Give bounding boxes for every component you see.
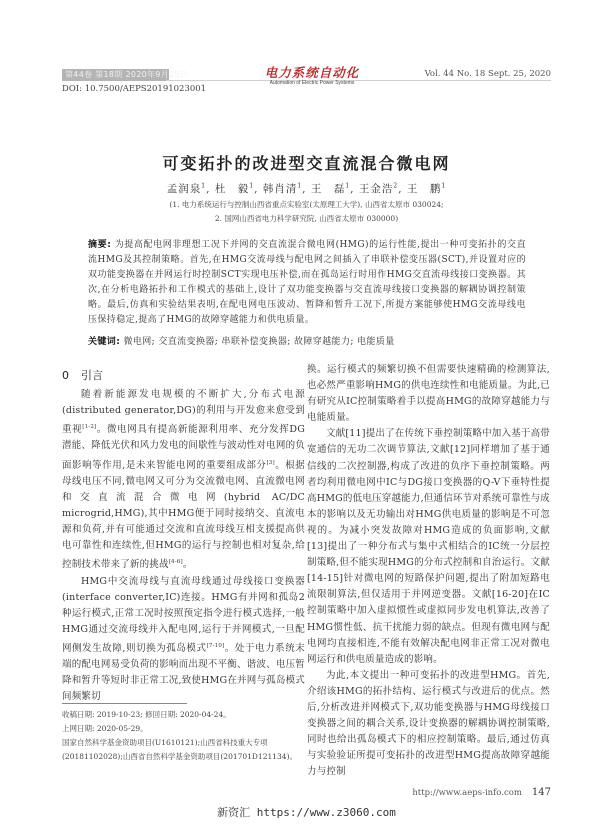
- abstract: 摘要: 为提高配电网非理想工况下并网的交直流混合微电网(HMG)的运行性能,提出…: [88, 238, 526, 328]
- journal-url[interactable]: http://www.aeps-info.com: [412, 788, 522, 798]
- section-number: 0: [62, 369, 69, 382]
- author: 王 磊1: [311, 183, 350, 195]
- online-date: 上网日期: 2020-05-29。: [62, 722, 305, 736]
- citation[interactable]: [1-2]: [82, 424, 96, 430]
- author-list: 孟润泉1, 杜 毅1, 韩肖清1, 王 磊1, 王金浩2, 王 鹏1: [0, 181, 613, 196]
- funding: 国家自然科学基金资助项目(U1610121);山西省科技重大专项(2018110…: [62, 736, 305, 764]
- keywords-text: 微电网; 交直流变换器; 串联补偿变换器; 故障穿越能力; 电能质量: [123, 337, 394, 347]
- paragraph: 为此,本文提出一种可变拓扑的改进型HMG。首先,介绍该HMG的拓扑结构、运行模式…: [307, 668, 550, 781]
- footnotes: 收稿日期: 2019-10-23; 修回日期: 2020-04-24。 上网日期…: [62, 708, 305, 764]
- page-number: 147: [532, 787, 551, 798]
- paragraph: 随着新能源发电规模的不断扩大,分布式电源(distributed generat…: [62, 387, 305, 574]
- watermark: 新资汇 https://www.z3060.com: [0, 804, 613, 820]
- section-heading: 0引言: [62, 367, 115, 383]
- paragraph: 文献[11]提出了在传统下垂控制策略中加入基于高带宽通信的无功二次调节算法,文献…: [307, 426, 550, 667]
- paragraph: HMG中交流母线与直流母线通过母线接口变换器(interface convert…: [62, 574, 305, 706]
- paper-title: 可变拓扑的改进型交直流混合微电网: [0, 151, 613, 174]
- affiliation-2: 2. 国网山西省电力科学研究院, 山西省太原市 030000): [0, 213, 613, 224]
- journal-title-en: Automation of Electric Power Systems: [262, 80, 362, 87]
- citation[interactable]: [7-10]: [207, 643, 225, 649]
- left-column: 随着新能源发电规模的不断扩大,分布式电源(distributed generat…: [62, 387, 305, 705]
- paragraph: 换。运行模式的频繁切换不但需要快速精确的检测算法,也必然严重影响HMG的供电连续…: [307, 362, 550, 426]
- author: 孟润泉1: [167, 183, 206, 195]
- journal-logo: 电力系统自动化 Automation of Electric Power Sys…: [262, 66, 362, 87]
- volume-info: Vol. 44 No. 18 Sept. 25, 2020: [425, 69, 551, 79]
- citation[interactable]: [3]: [266, 460, 274, 466]
- author: 王 鹏1: [407, 183, 446, 195]
- doi: DOI: 10.7500/AEPS20191023001: [62, 84, 206, 94]
- author: 韩肖清1: [263, 183, 302, 195]
- received-date: 收稿日期: 2019-10-23; 修回日期: 2020-04-24。: [62, 708, 305, 722]
- author: 杜 毅1: [215, 183, 254, 195]
- abstract-text: 为提高配电网非理想工况下并网的交直流混合微电网(HMG)的运行性能,提出一种可变…: [88, 240, 526, 325]
- citation[interactable]: [4-6]: [169, 559, 183, 565]
- journal-title-cn: 电力系统自动化: [262, 66, 362, 80]
- page-footer: http://www.aeps-info.com147: [412, 787, 551, 798]
- section-title: 引言: [81, 369, 103, 382]
- keywords: 关键词: 微电网; 交直流变换器; 串联补偿变换器; 故障穿越能力; 电能质量: [88, 334, 526, 347]
- affiliation-1: (1. 电力系统运行与控制山西省重点实验室(太原理工大学), 山西省太原市 03…: [0, 199, 613, 210]
- footnote-rule: [62, 703, 187, 704]
- issue-band: 第44卷 第18期 2020年9月25日: [62, 69, 169, 81]
- abstract-label: 摘要:: [88, 240, 111, 250]
- author: 王金浩2: [359, 183, 398, 195]
- keywords-label: 关键词:: [88, 337, 120, 347]
- right-column: 换。运行模式的频繁切换不但需要快速精确的检测算法,也必然严重影响HMG的供电连续…: [307, 362, 550, 780]
